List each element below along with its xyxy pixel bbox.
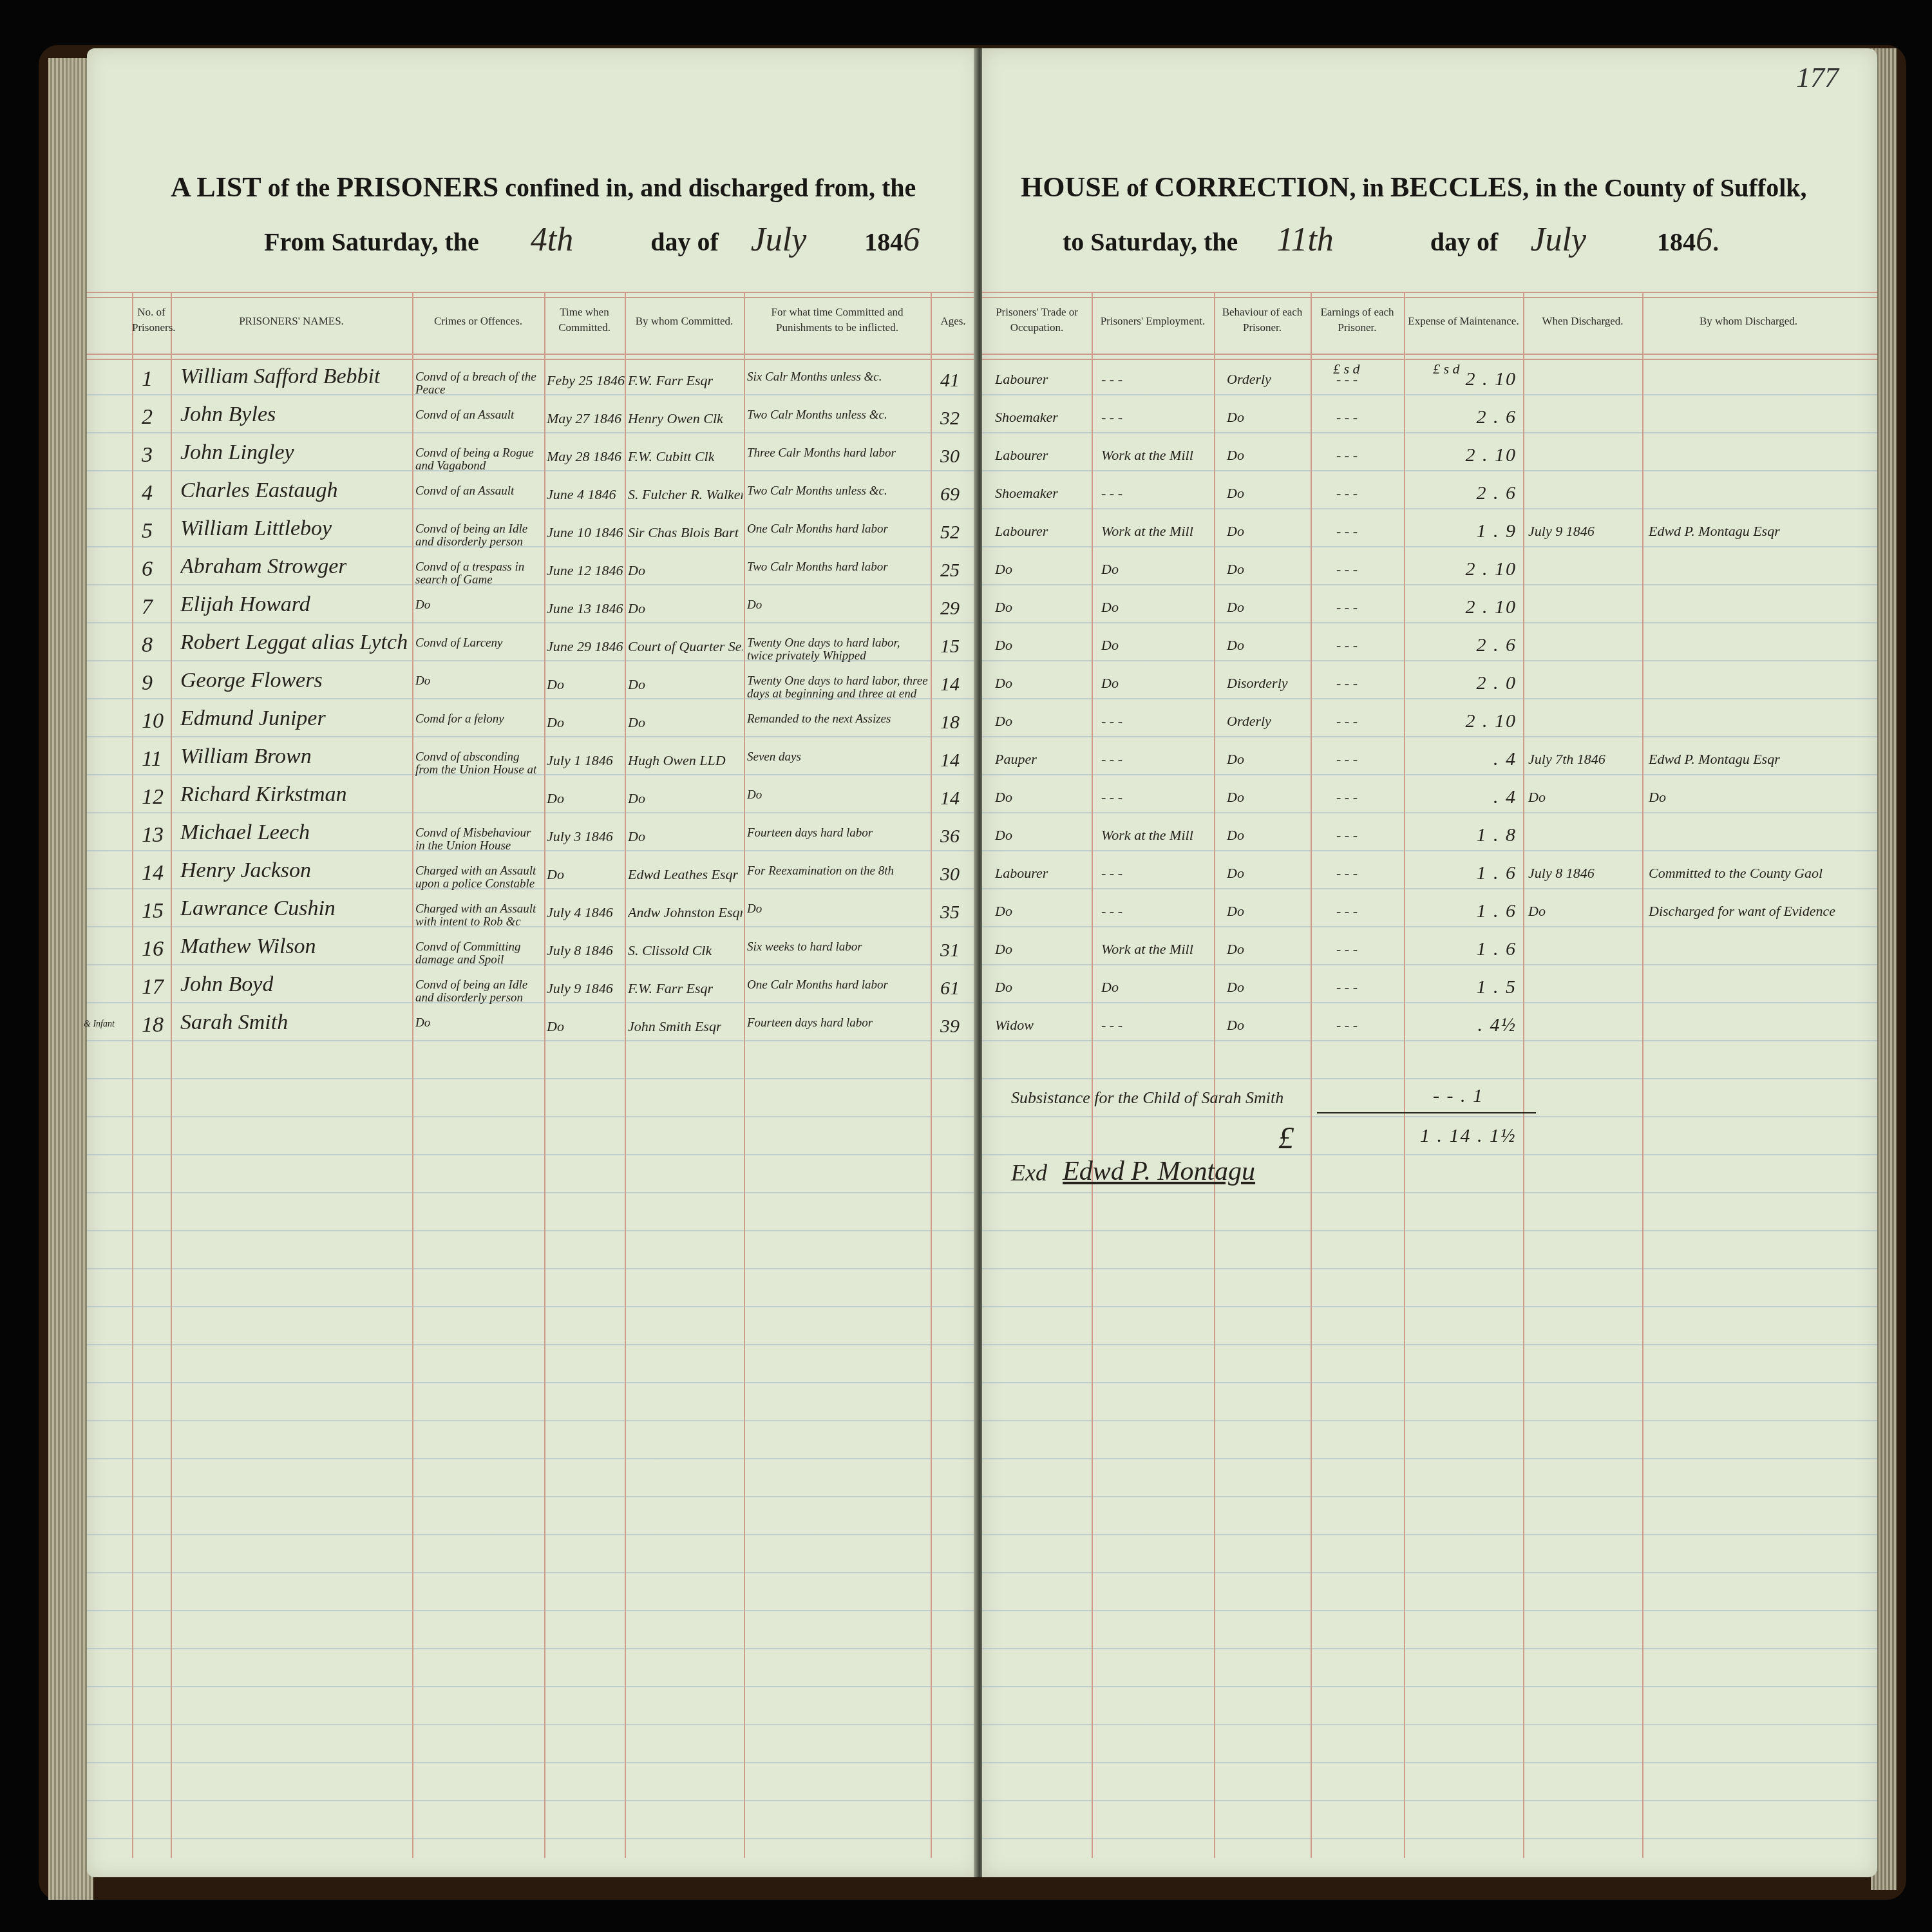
time-committed: July 8 1846 — [547, 942, 613, 959]
header-time: Time when Committed. — [544, 305, 625, 336]
occupation: Shoemaker — [995, 409, 1058, 426]
earnings: - - - — [1336, 1017, 1358, 1034]
committed-by: S. Fulcher R. Walker / F.W. Simpson Esqr — [628, 486, 743, 503]
behaviour: Orderly — [1227, 371, 1271, 388]
time-committed: June 13 1846 — [547, 600, 623, 617]
punishment: Two Calr Months unless &c. — [747, 485, 929, 511]
committed-by: Court of Quarter Sessions — [628, 638, 743, 655]
time-committed: July 4 1846 — [547, 904, 613, 921]
maintenance-expense: 2 . 6 — [1433, 634, 1517, 656]
title-part: , in the County of Suffolk, — [1522, 173, 1806, 202]
prisoner-number: 6 — [142, 557, 153, 582]
committed-by: Do — [628, 562, 645, 579]
crime-offence: Convd of a trespass in search of Game — [415, 561, 543, 587]
time-committed: Do — [547, 676, 564, 693]
prisoner-age: 31 — [940, 940, 960, 961]
prisoner-name: John Lingley — [180, 440, 294, 465]
examined-label: Exd — [1011, 1159, 1047, 1186]
employment: - - - — [1101, 751, 1122, 768]
maintenance-expense: 1 . 9 — [1433, 520, 1517, 542]
employment: Do — [1101, 675, 1119, 692]
committed-by: John Smith Esqr — [628, 1018, 721, 1035]
date-day: 4th — [531, 222, 573, 258]
maintenance-expense: . 4 — [1433, 748, 1517, 770]
total-amount: 1 . 14 . 1½ — [1420, 1125, 1517, 1147]
when-discharged: July 9 1846 — [1528, 523, 1595, 540]
header-employment: Prisoners' Employment. — [1092, 314, 1214, 329]
committed-by: Do — [628, 714, 645, 731]
prisoner-name: John Boyd — [180, 972, 273, 997]
punishment: Do — [747, 903, 929, 929]
employment: Work at the Mill — [1101, 827, 1193, 844]
total-symbol: £ — [1278, 1121, 1294, 1156]
punishment: For Reexamination on the 8th — [747, 865, 929, 891]
crime-offence: Convd of being an Idle and disorderly pe… — [415, 523, 543, 549]
committed-by: S. Clissold Clk — [628, 942, 712, 959]
earnings: - - - — [1336, 713, 1358, 730]
header-behaviour: Behaviour of each Prisoner. — [1214, 305, 1311, 336]
occupation: Do — [995, 637, 1012, 654]
header-trade: Prisoners' Trade or Occupation. — [982, 305, 1092, 336]
page-number: 177 — [1796, 61, 1839, 94]
employment: - - - — [1101, 903, 1122, 920]
prisoner-number: 14 — [142, 861, 164, 885]
prisoner-age: 35 — [940, 902, 960, 923]
right-title-line1: HOUSE of CORRECTION, in BECCLES, in the … — [1021, 171, 1807, 204]
when-discharged: July 7th 1846 — [1528, 751, 1605, 768]
earnings: - - - — [1336, 751, 1358, 768]
prisoner-number: 10 — [142, 709, 164, 734]
employment: Do — [1101, 561, 1119, 578]
crime-offence: Convd of being an Idle and disorderly pe… — [415, 979, 543, 1005]
crime-offence: Convd of Misbehaviour in the Union House… — [415, 827, 543, 853]
title-part: confined in, and discharged from, the — [498, 173, 916, 202]
date-year-hand: 6. — [1696, 222, 1721, 258]
occupation: Labourer — [995, 447, 1048, 464]
ruled-lines — [982, 357, 1877, 1858]
crime-offence: Convd of a breach of the Peace — [415, 371, 543, 397]
date-day: 11th — [1276, 222, 1334, 258]
column-rule — [1092, 292, 1093, 1858]
prisoner-name: William Littleboy — [180, 516, 332, 541]
header-bottom-rule — [87, 354, 979, 360]
time-committed: Do — [547, 1018, 564, 1035]
title-part: A — [171, 171, 196, 203]
prisoner-age: 14 — [940, 750, 960, 772]
subsistence-amount: - - . 1 — [1433, 1085, 1484, 1107]
occupation: Pauper — [995, 751, 1037, 768]
prisoner-number: 2 — [142, 405, 153, 430]
examiner-signature: Edwd P. Montagu — [1063, 1156, 1255, 1187]
committed-by: Do — [628, 790, 645, 807]
prisoner-name: Michael Leech — [180, 820, 310, 845]
prisoner-age: 41 — [940, 370, 960, 392]
earnings: - - - — [1336, 941, 1358, 958]
occupation: Do — [995, 599, 1012, 616]
crime-offence: Convd of being a Rogue and Vagabond — [415, 447, 543, 473]
time-committed: Do — [547, 866, 564, 883]
discharged-by: Edwd P. Montagu Esqr — [1649, 523, 1780, 540]
left-page: A LIST of the PRISONERS confined in, and… — [87, 48, 979, 1877]
behaviour: Do — [1227, 637, 1244, 654]
employment: Work at the Mill — [1101, 941, 1193, 958]
time-committed: Feby 25 1846 — [547, 372, 625, 389]
header-bottom-rule — [982, 354, 1877, 360]
committed-by: F.W. Cubitt Clk — [628, 448, 714, 465]
prisoner-age: 61 — [940, 978, 960, 999]
header-earnings: Earnings of each Prisoner. — [1311, 305, 1404, 336]
punishment: One Calr Months hard labor — [747, 979, 929, 1005]
prisoner-age: 69 — [940, 484, 960, 506]
prisoner-age: 39 — [940, 1016, 960, 1037]
punishment: Fourteen days hard labor — [747, 1017, 929, 1043]
crime-offence: Do — [415, 599, 543, 625]
title-part: of the — [261, 173, 337, 202]
punishment: Do — [747, 789, 929, 815]
crime-offence: Do — [415, 1017, 543, 1043]
crime-offence: Convd of absconding from the Union House… — [415, 751, 543, 777]
occupation: Shoemaker — [995, 485, 1058, 502]
time-committed: Do — [547, 714, 564, 731]
earnings: - - - — [1336, 827, 1358, 844]
occupation: Labourer — [995, 371, 1048, 388]
date-mid: day of — [650, 227, 719, 256]
prisoner-age: 29 — [940, 598, 960, 620]
prisoner-number: 11 — [142, 747, 162, 772]
occupation: Do — [995, 561, 1012, 578]
prisoner-name: Abraham Strowger — [180, 554, 346, 579]
punishment: Two Calr Months hard labor — [747, 561, 929, 587]
right-title-line2: to Saturday, the 11th day of July 1846. — [1063, 221, 1721, 259]
column-rule — [1214, 292, 1215, 1858]
employment: - - - — [1101, 485, 1122, 502]
prisoner-number: 18 — [142, 1013, 164, 1037]
prisoner-age: 15 — [940, 636, 960, 658]
earnings: - - - — [1336, 637, 1358, 654]
maintenance-expense: 1 . 6 — [1433, 862, 1517, 884]
date-year-hand: 6 — [903, 222, 920, 258]
punishment: Three Calr Months hard labor — [747, 447, 929, 473]
crime-offence: Charged with an Assault upon a police Co… — [415, 865, 543, 891]
committed-by: F.W. Farr Esqr — [628, 372, 713, 389]
occupation: Do — [995, 789, 1012, 806]
occupation: Do — [995, 675, 1012, 692]
time-committed: May 27 1846 — [547, 410, 621, 427]
committed-by: Henry Owen Clk — [628, 410, 723, 427]
committed-by: Hugh Owen LLD — [628, 752, 726, 769]
employment: Work at the Mill — [1101, 523, 1193, 540]
behaviour: Do — [1227, 447, 1244, 464]
employment: - - - — [1101, 1017, 1122, 1034]
behaviour: Do — [1227, 599, 1244, 616]
when-discharged: Do — [1528, 789, 1546, 806]
column-rule — [1404, 292, 1405, 1858]
prisoner-age: 32 — [940, 408, 960, 430]
prisoner-number: 5 — [142, 519, 153, 544]
header-no: No. of Prisoners. — [132, 305, 171, 336]
prisoner-name: Edmund Juniper — [180, 706, 326, 731]
left-title-line2: From Saturday, the 4th day of July 1846 — [264, 221, 920, 259]
behaviour: Do — [1227, 561, 1244, 578]
crime-offence: Convd of Larceny — [415, 637, 543, 663]
discharged-by: Committed to the County Gaol — [1649, 865, 1823, 882]
prisoner-age: 52 — [940, 522, 960, 544]
earnings: - - - — [1336, 675, 1358, 692]
earnings: - - - — [1336, 789, 1358, 806]
punishment: Two Calr Months unless &c. — [747, 409, 929, 435]
employment: - - - — [1101, 713, 1122, 730]
discharged-by: Do — [1649, 789, 1666, 806]
prisoner-age: 25 — [940, 560, 960, 582]
time-committed: Do — [547, 790, 564, 807]
time-committed: June 12 1846 — [547, 562, 623, 579]
maintenance-expense: 1 . 8 — [1433, 824, 1517, 846]
header-names: PRISONERS' NAMES. — [171, 314, 412, 329]
behaviour: Do — [1227, 827, 1244, 844]
left-title-line1: A LIST of the PRISONERS confined in, and… — [171, 171, 916, 204]
occupation: Do — [995, 827, 1012, 844]
right-page: 177 HOUSE of CORRECTION, in BECCLES, in … — [982, 48, 1877, 1877]
prisoner-number: 9 — [142, 671, 153, 696]
punishment: Fourteen days hard labor — [747, 827, 929, 853]
time-committed: July 3 1846 — [547, 828, 613, 845]
punishment: One Calr Months hard labor — [747, 523, 929, 549]
prisoner-number: 7 — [142, 595, 153, 620]
time-committed: June 4 1846 — [547, 486, 616, 503]
crime-offence — [415, 789, 543, 815]
committed-by: F.W. Farr Esqr — [628, 980, 713, 997]
earnings: - - - — [1336, 865, 1358, 882]
prisoner-name: William Safford Bebbit — [180, 365, 380, 389]
prisoner-age: 30 — [940, 864, 960, 885]
prisoner-age: 14 — [940, 674, 960, 696]
column-rule — [1523, 292, 1524, 1858]
date-mid: day of — [1430, 227, 1499, 256]
subsistence-label: Subsistance for the Child of Sarah Smith — [1011, 1088, 1283, 1108]
earnings: - - - — [1336, 371, 1358, 388]
prisoner-number: 16 — [142, 937, 164, 961]
prisoner-number: 8 — [142, 633, 153, 658]
column-rule — [132, 292, 133, 1858]
behaviour: Do — [1227, 865, 1244, 882]
time-committed: May 28 1846 — [547, 448, 621, 465]
maintenance-expense: 2 . 6 — [1433, 406, 1517, 428]
title-part: , in — [1350, 173, 1390, 202]
punishment: Six weeks to hard labor — [747, 941, 929, 967]
maintenance-expense: 2 . 10 — [1433, 444, 1517, 466]
occupation: Labourer — [995, 523, 1048, 540]
column-rule — [412, 292, 413, 1858]
occupation: Do — [995, 713, 1012, 730]
prisoner-number: 12 — [142, 785, 164, 810]
punishment: Do — [747, 599, 929, 625]
header-crimes: Crimes or Offences. — [412, 314, 544, 329]
employment: - - - — [1101, 371, 1122, 388]
when-discharged: July 8 1846 — [1528, 865, 1595, 882]
prisoner-number: 15 — [142, 899, 164, 923]
prisoner-number: 3 — [142, 443, 153, 468]
prisoner-age: 36 — [940, 826, 960, 848]
when-discharged: Do — [1528, 903, 1546, 920]
committed-by: Sir Chas Blois Bart — [628, 524, 739, 541]
employment: Do — [1101, 637, 1119, 654]
title-part: CORRECTION — [1154, 171, 1349, 203]
punishment: Twenty One days to hard labor, three day… — [747, 675, 929, 701]
prisoner-number: 17 — [142, 975, 164, 999]
maintenance-expense: 2 . 10 — [1433, 368, 1517, 390]
column-rule — [544, 292, 545, 1858]
column-rule — [1642, 292, 1643, 1858]
prisoner-name: Charles Eastaugh — [180, 478, 338, 503]
column-rule — [625, 292, 626, 1858]
crime-offence: Convd of an Assault — [415, 485, 543, 511]
earnings: - - - — [1336, 523, 1358, 540]
behaviour: Do — [1227, 409, 1244, 426]
prisoner-number: 1 — [142, 367, 153, 392]
date-month: July — [751, 222, 807, 258]
crime-offence: Charged with an Assault with intent to R… — [415, 903, 543, 929]
earnings: - - - — [1336, 979, 1358, 996]
behaviour: Do — [1227, 979, 1244, 996]
earnings: - - - — [1336, 561, 1358, 578]
prisoner-name: Mathew Wilson — [180, 934, 316, 959]
column-rule — [171, 292, 172, 1858]
prisoner-name: Elijah Howard — [180, 592, 310, 617]
maintenance-expense: 2 . 10 — [1433, 558, 1517, 580]
title-part: HOUSE — [1021, 171, 1120, 203]
header-by-whom: By whom Committed. — [625, 314, 744, 329]
earnings: - - - — [1336, 903, 1358, 920]
crime-offence: Do — [415, 675, 543, 701]
title-part: PRISONERS — [336, 171, 498, 203]
time-committed: June 29 1846 — [547, 638, 623, 655]
time-committed: July 1 1846 — [547, 752, 613, 769]
occupation: Do — [995, 903, 1012, 920]
behaviour: Orderly — [1227, 713, 1271, 730]
prisoner-name: George Flowers — [180, 668, 323, 693]
committed-by: Do — [628, 828, 645, 845]
header-expense: Expense of Maintenance. — [1404, 314, 1523, 329]
date-year: 184 — [864, 227, 903, 256]
earnings: - - - — [1336, 599, 1358, 616]
time-committed: June 10 1846 — [547, 524, 623, 541]
time-committed: July 9 1846 — [547, 980, 613, 997]
committed-by: Edwd Leathes Esqr — [628, 866, 738, 883]
behaviour: Do — [1227, 1017, 1244, 1034]
punishment: Twenty One days to hard labor, twice pri… — [747, 637, 929, 663]
employment: - - - — [1101, 789, 1122, 806]
occupation: Do — [995, 941, 1012, 958]
earnings: - - - — [1336, 409, 1358, 426]
earnings: - - - — [1336, 485, 1358, 502]
margin-note: & Infant — [84, 1018, 115, 1031]
crime-offence: Convd of Committing damage and Spoil — [415, 941, 543, 967]
employment: Do — [1101, 979, 1119, 996]
prisoner-name: Lawrance Cushin — [180, 896, 336, 921]
committed-by: Andw Johnston Esqr — [628, 904, 743, 921]
maintenance-expense: 2 . 0 — [1433, 672, 1517, 694]
occupation: Widow — [995, 1017, 1034, 1034]
maintenance-expense: 2 . 10 — [1433, 596, 1517, 618]
earnings: - - - — [1336, 447, 1358, 464]
column-rule — [931, 292, 932, 1858]
header-ages: Ages. — [931, 314, 976, 329]
prisoner-age: 18 — [940, 712, 960, 734]
occupation: Labourer — [995, 865, 1048, 882]
maintenance-expense: 1 . 6 — [1433, 900, 1517, 922]
discharged-by: Discharged for want of Evidence — [1649, 903, 1835, 920]
crime-offence: Comd for a felony — [415, 713, 543, 739]
prisoner-name: Robert Leggat alias Lytch — [180, 630, 408, 655]
employment: Work at the Mill — [1101, 447, 1193, 464]
prisoner-name: John Byles — [180, 402, 276, 427]
punishment: Seven days — [747, 751, 929, 777]
employment: Do — [1101, 599, 1119, 616]
maintenance-expense: . 4½ — [1433, 1014, 1517, 1036]
column-rule — [744, 292, 745, 1858]
header-punishment: For what time Committed and Punishments … — [744, 305, 931, 336]
date-prefix: to Saturday, the — [1063, 227, 1238, 256]
prisoner-number: 13 — [142, 823, 164, 848]
header-top-rule — [982, 292, 1877, 298]
sum-rule — [1317, 1112, 1536, 1113]
date-month: July — [1530, 222, 1586, 258]
occupation: Do — [995, 979, 1012, 996]
prisoner-name: Henry Jackson — [180, 858, 311, 883]
behaviour: Do — [1227, 941, 1244, 958]
prisoner-name: William Brown — [180, 744, 312, 769]
prisoner-name: Richard Kirkstman — [180, 782, 346, 807]
behaviour: Do — [1227, 751, 1244, 768]
date-year: 184 — [1657, 227, 1696, 256]
prisoner-age: 14 — [940, 788, 960, 810]
column-rule — [1311, 292, 1312, 1858]
employment: - - - — [1101, 865, 1122, 882]
behaviour: Disorderly — [1227, 675, 1288, 692]
title-part: of — [1120, 173, 1154, 202]
maintenance-expense: 1 . 5 — [1433, 976, 1517, 998]
behaviour: Do — [1227, 523, 1244, 540]
maintenance-expense: 1 . 6 — [1433, 938, 1517, 960]
behaviour: Do — [1227, 903, 1244, 920]
punishment: Six Calr Months unless &c. — [747, 371, 929, 397]
maintenance-expense: 2 . 10 — [1433, 710, 1517, 732]
employment: - - - — [1101, 409, 1122, 426]
date-prefix: From Saturday, the — [264, 227, 479, 256]
punishment: Remanded to the next Assizes — [747, 713, 929, 739]
header-by-whom-discharged: By whom Discharged. — [1642, 314, 1855, 329]
prisoner-name: Sarah Smith — [180, 1010, 288, 1035]
maintenance-expense: . 4 — [1433, 786, 1517, 808]
discharged-by: Edwd P. Montagu Esqr — [1649, 751, 1780, 768]
behaviour: Do — [1227, 485, 1244, 502]
maintenance-expense: 2 . 6 — [1433, 482, 1517, 504]
header-top-rule — [87, 292, 979, 298]
committed-by: Do — [628, 676, 645, 693]
header-when-discharged: When Discharged. — [1523, 314, 1642, 329]
title-part: BECCLES — [1390, 171, 1522, 203]
prisoner-age: 30 — [940, 446, 960, 468]
title-part: LIST — [196, 171, 261, 203]
behaviour: Do — [1227, 789, 1244, 806]
prisoner-number: 4 — [142, 481, 153, 506]
crime-offence: Convd of an Assault — [415, 409, 543, 435]
committed-by: Do — [628, 600, 645, 617]
